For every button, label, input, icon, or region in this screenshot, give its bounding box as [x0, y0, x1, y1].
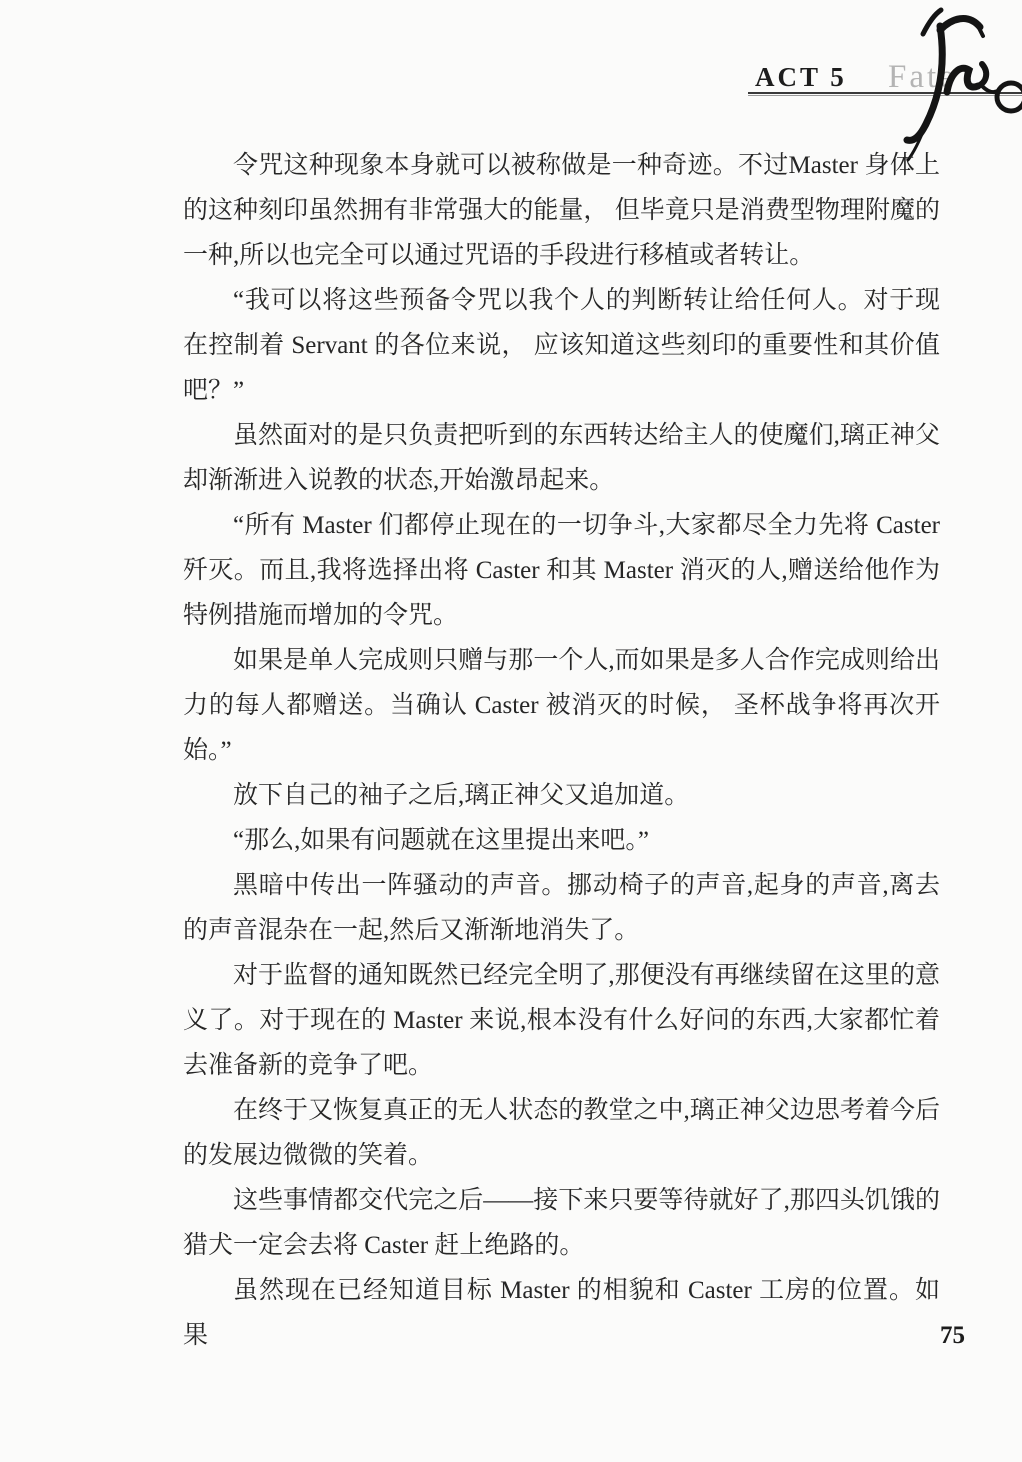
header-rule: [748, 92, 1022, 96]
book-page: ACT 5 Fate: [0, 0, 1022, 1462]
logo-zero-mark: [907, 10, 1022, 160]
act-chapter-label: ACT 5: [755, 62, 847, 93]
page-number: 75: [940, 1322, 965, 1350]
body-text: 令咒这种现象本身就可以被称做是一种奇迹。不过Master 身体上的这种刻印虽然拥…: [183, 143, 940, 1358]
paragraph: 虽然面对的是只负责把听到的东西转达给主人的使魔们,璃正神父却渐渐进入说教的状态,…: [183, 413, 940, 503]
paragraph: 这些事情都交代完之后——接下来只要等待就好了,那四头饥饿的猎犬一定会去将 Cas…: [183, 1178, 940, 1268]
paragraph: 如果是单人完成则只赠与那一个人,而如果是多人合作完成则给出力的每人都赠送。当确认…: [183, 638, 940, 773]
paragraph: 黑暗中传出一阵骚动的声音。挪动椅子的声音,起身的声音,离去的声音混杂在一起,然后…: [183, 863, 940, 953]
paragraph: “我可以将这些预备令咒以我个人的判断转让给任何人。对于现在控制着 Servant…: [183, 278, 940, 413]
paragraph: 虽然现在已经知道目标 Master 的相貌和 Caster 工房的位置。如果: [183, 1268, 940, 1358]
paragraph: 对于监督的通知既然已经完全明了,那便没有再继续留在这里的意义了。对于现在的 Ma…: [183, 953, 940, 1088]
paragraph: 放下自己的袖子之后,璃正神父又追加道。: [183, 773, 940, 818]
paragraph: “那么,如果有问题就在这里提出来吧。”: [183, 818, 940, 863]
paragraph: 令咒这种现象本身就可以被称做是一种奇迹。不过Master 身体上的这种刻印虽然拥…: [183, 143, 940, 278]
paragraph: 在终于又恢复真正的无人状态的教堂之中,璃正神父边思考着今后的发展边微微的笑着。: [183, 1088, 940, 1178]
logo-fate-text: Fate: [888, 59, 957, 95]
paragraph: “所有 Master 们都停止现在的一切争斗,大家都尽全力先将 Caster 歼…: [183, 503, 940, 638]
